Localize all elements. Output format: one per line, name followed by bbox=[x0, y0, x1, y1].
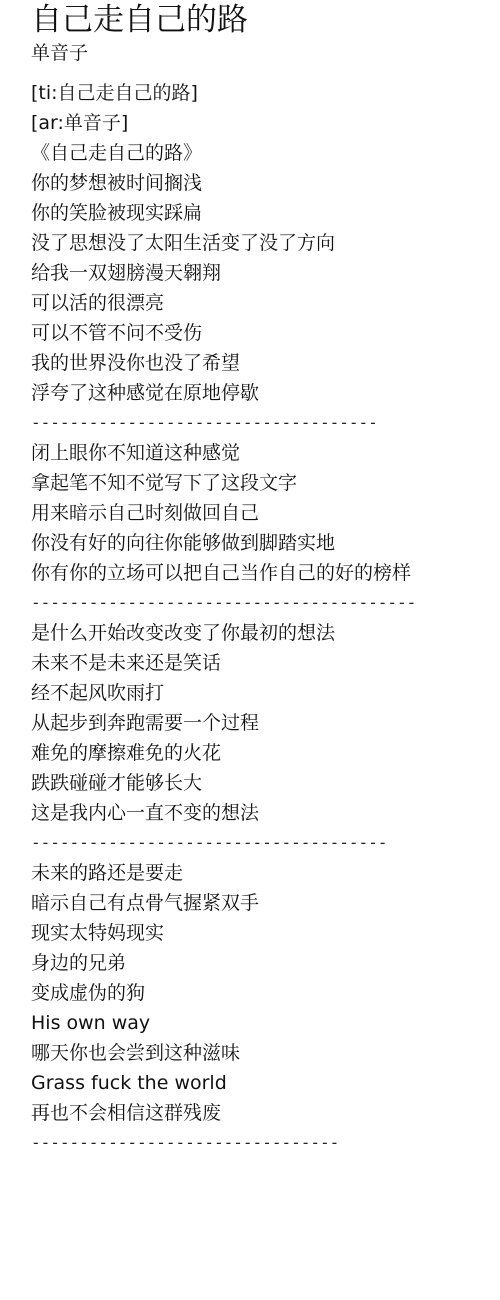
lyric-line: 未来的路还是要走 bbox=[31, 858, 500, 888]
lyric-line-english: Grass fuck the world bbox=[31, 1068, 500, 1098]
section-separator: ---------------------------------------- bbox=[31, 588, 500, 618]
lyric-line: 可以不管不问不受伤 bbox=[31, 318, 500, 348]
lyric-line-english: His own way bbox=[31, 1008, 500, 1038]
section-separator: ------------------------------------ bbox=[31, 408, 500, 438]
lyric-line: 跌跌碰碰才能够长大 bbox=[31, 768, 500, 798]
lyric-line: 从起步到奔跑需要一个过程 bbox=[31, 708, 500, 738]
lyric-line: 哪天你也会尝到这种滋味 bbox=[31, 1038, 500, 1068]
lyric-line: 可以活的很漂亮 bbox=[31, 288, 500, 318]
lyric-line: 我的世界没你也没了希望 bbox=[31, 348, 500, 378]
section-separator: ------------------------------------- bbox=[31, 828, 500, 858]
lyric-line: 经不起风吹雨打 bbox=[31, 678, 500, 708]
lyric-line: 用来暗示自己时刻做回自己 bbox=[31, 498, 500, 528]
lyric-line: 现实太特妈现实 bbox=[31, 918, 500, 948]
lyric-line: 再也不会相信这群残废 bbox=[31, 1098, 500, 1128]
lyric-line: 你有你的立场可以把自己当作自己的好的榜样 bbox=[31, 558, 500, 588]
lyric-meta-artist: [ar:单音子] bbox=[31, 108, 500, 138]
lyric-line: 浮夸了这种感觉在原地停歇 bbox=[31, 378, 500, 408]
lyrics-body: [ti:自己走自己的路] [ar:单音子] 《自己走自己的路》 你的梦想被时间搁… bbox=[31, 78, 500, 1158]
lyric-line: 难免的摩擦难免的火花 bbox=[31, 738, 500, 768]
lyric-line: 闭上眼你不知道这种感觉 bbox=[31, 438, 500, 468]
lyric-line: 这是我内心一直不变的想法 bbox=[31, 798, 500, 828]
lyric-line: 你没有好的向往你能够做到脚踏实地 bbox=[31, 528, 500, 558]
lyric-line: 给我一双翅膀漫天翱翔 bbox=[31, 258, 500, 288]
lyric-line: 《自己走自己的路》 bbox=[31, 138, 500, 168]
lyric-line: 未来不是未来还是笑话 bbox=[31, 648, 500, 678]
lyric-line: 拿起笔不知不觉写下了这段文字 bbox=[31, 468, 500, 498]
section-separator: -------------------------------- bbox=[31, 1128, 500, 1158]
lyric-line: 是什么开始改变改变了你最初的想法 bbox=[31, 618, 500, 648]
lyric-line: 身边的兄弟 bbox=[31, 948, 500, 978]
song-artist: 单音子 bbox=[31, 39, 500, 67]
lyric-meta-title: [ti:自己走自己的路] bbox=[31, 78, 500, 108]
lyrics-page: 自己走自己的路 单音子 [ti:自己走自己的路] [ar:单音子] 《自己走自己… bbox=[0, 0, 500, 1158]
lyric-line: 你的笑脸被现实踩扁 bbox=[31, 198, 500, 228]
lyric-line: 你的梦想被时间搁浅 bbox=[31, 168, 500, 198]
lyric-line: 没了思想没了太阳生活变了没了方向 bbox=[31, 228, 500, 258]
song-title: 自己走自己的路 bbox=[31, 0, 500, 39]
lyric-line: 暗示自己有点骨气握紧双手 bbox=[31, 888, 500, 918]
lyric-line: 变成虚伪的狗 bbox=[31, 978, 500, 1008]
